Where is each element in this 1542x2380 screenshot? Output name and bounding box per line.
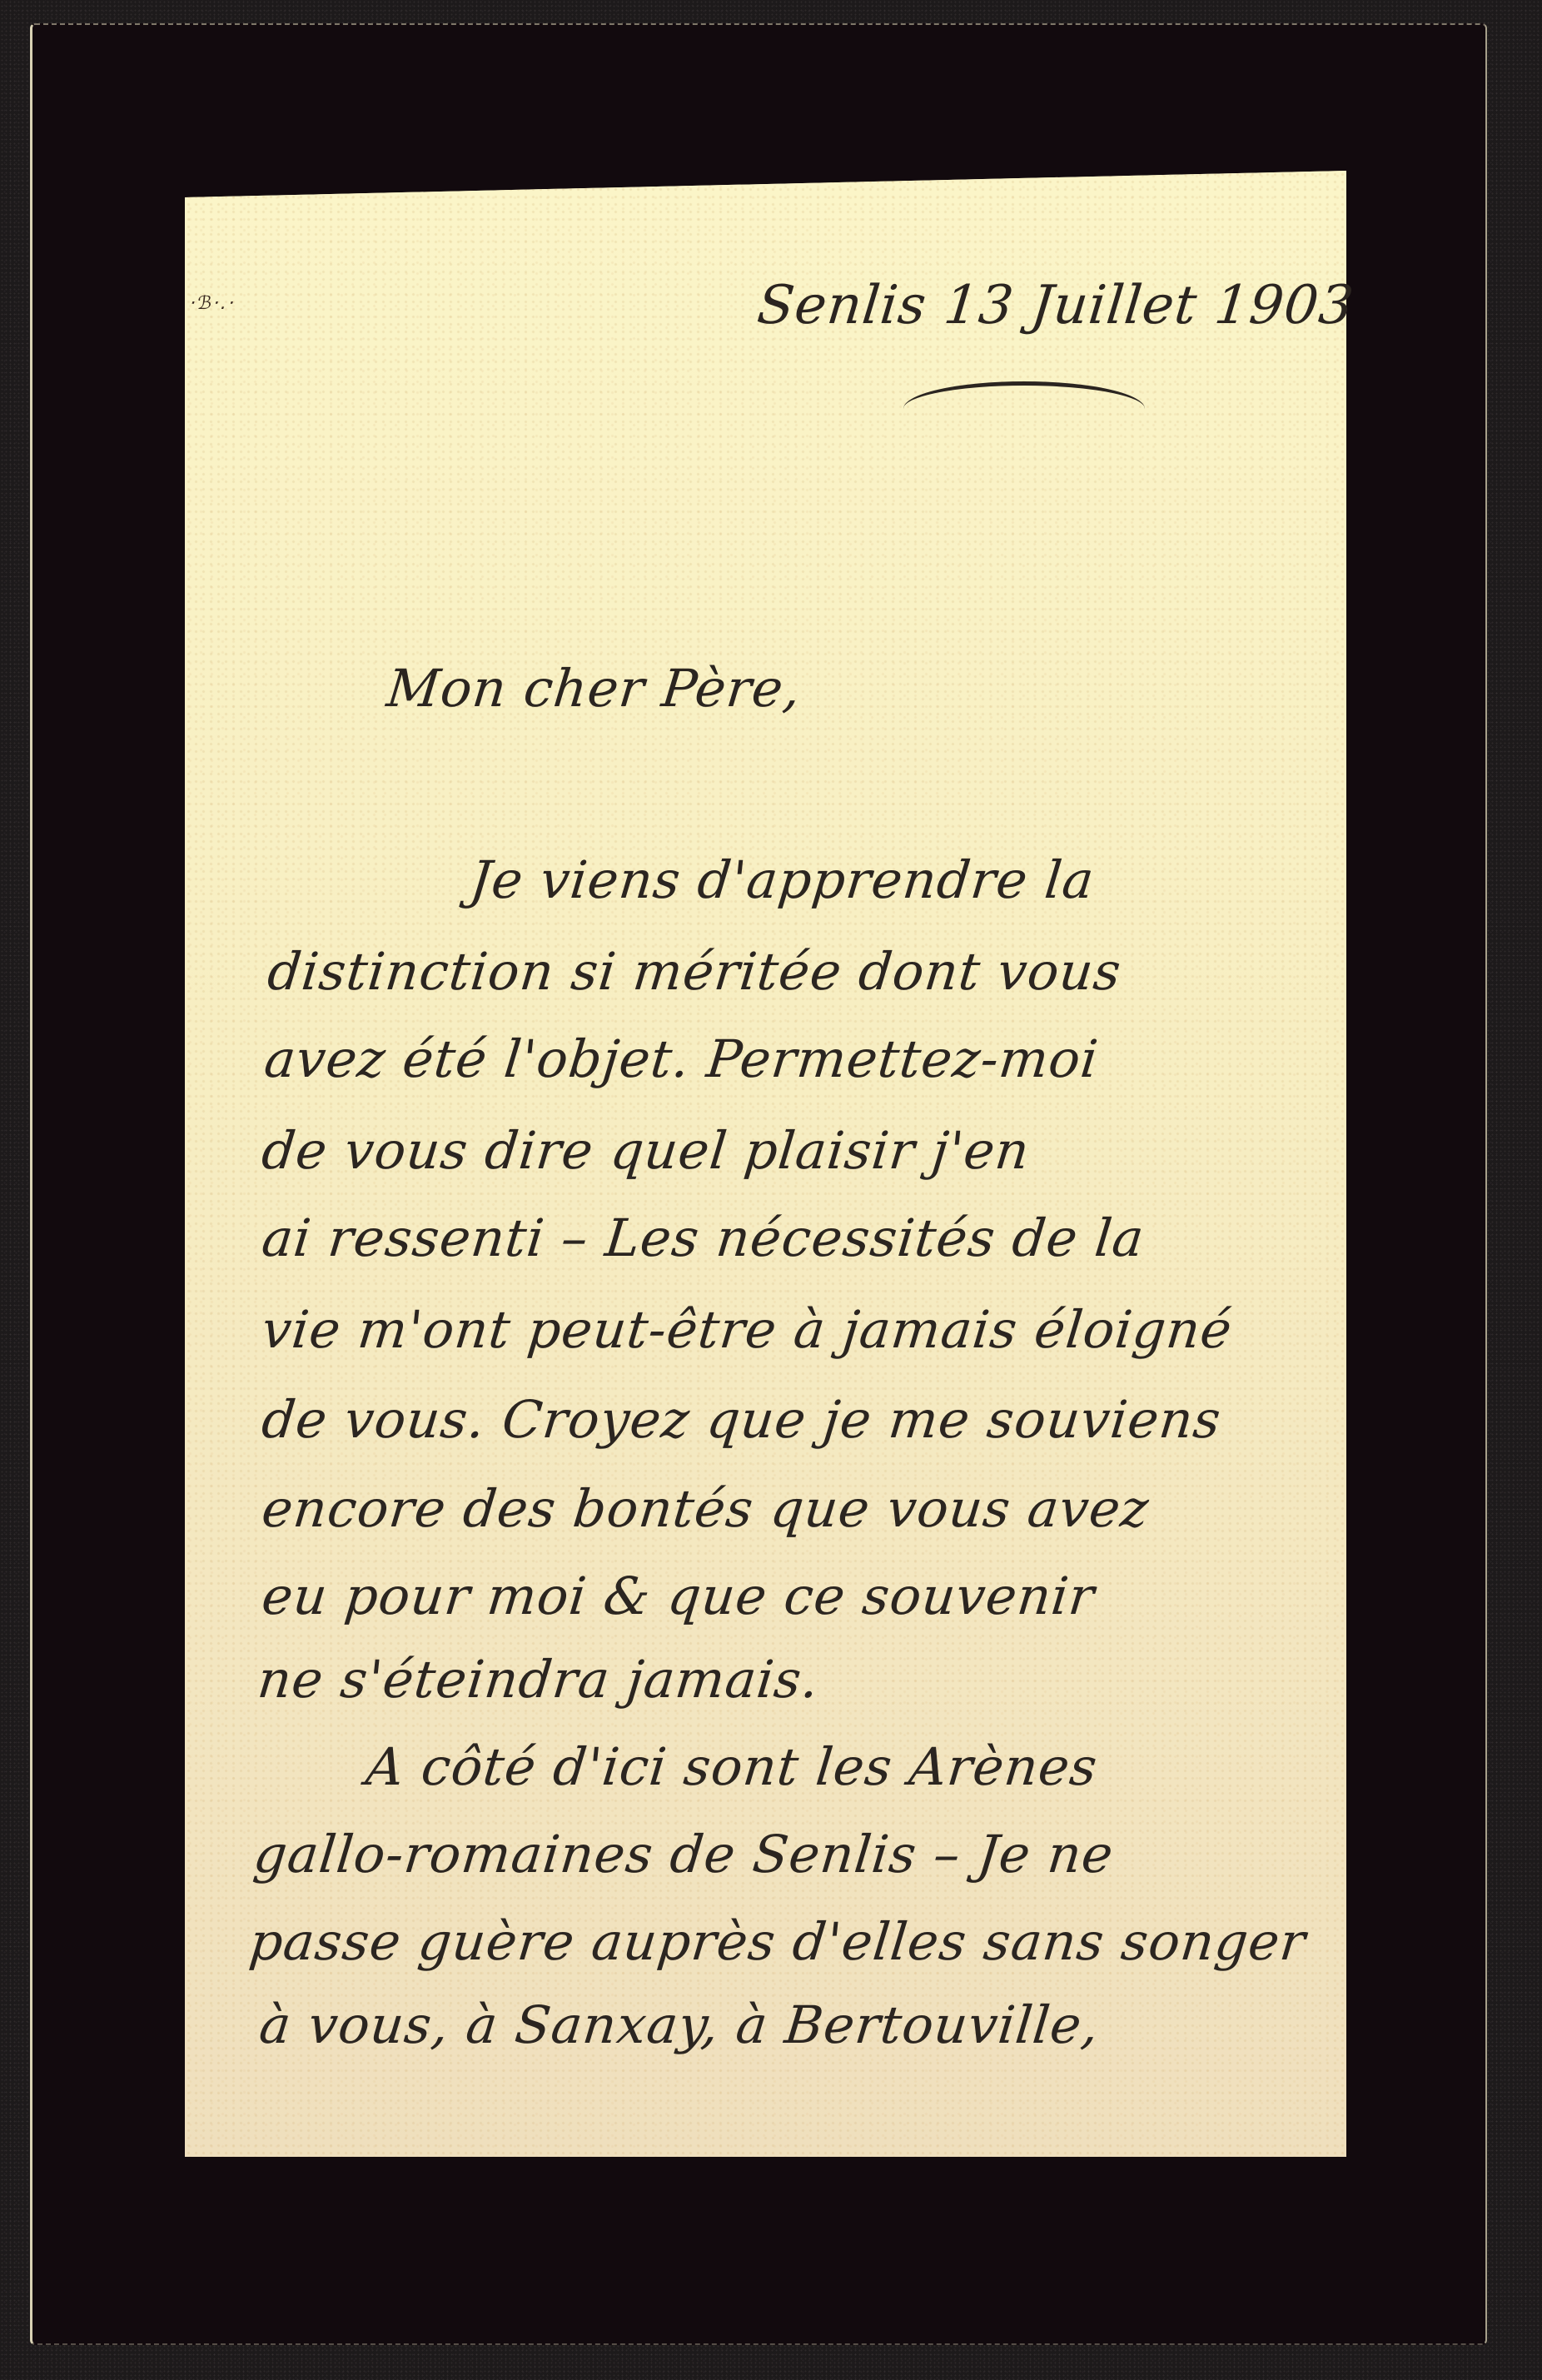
letter-line: encore des bontés que vous avez [259, 1478, 1152, 1539]
letter-line: Je viens d'apprendre la [467, 849, 1097, 910]
letter-line: à vous, à Sanxay, à Bertouville, [256, 1994, 1102, 2055]
letter-line: avez été l'objet. Permettez-moi [261, 1028, 1102, 1089]
letter-line: de vous. Croyez que je me souviens [259, 1389, 1224, 1450]
letter-line: de vous dire quel plaisir j'en [259, 1120, 1032, 1181]
letter-line: ai ressenti – Les nécessités de la [259, 1207, 1147, 1268]
salutation: Mon cher Père, [384, 658, 803, 719]
letter-line: gallo-romaines de Senlis – Je ne [251, 1824, 1117, 1885]
letter-line: ne s'éteindra jamais. [255, 1649, 822, 1710]
letter-line: eu pour moi & que ce souvenir [259, 1566, 1097, 1626]
letter-line: passe guère auprès d'elles sans songer [246, 1911, 1309, 1972]
letter-line: vie m'ont peut-être à jamais éloigné [259, 1299, 1235, 1360]
embossed-stamp-mark: ·ℬ·.· [189, 293, 237, 314]
dateline: Senlis 13 Juillet 1903 [754, 275, 1357, 336]
letter-line: A côté d'ici sont les Arènes [363, 1736, 1101, 1797]
letter-line: distinction si méritée dont vous [265, 941, 1124, 1002]
